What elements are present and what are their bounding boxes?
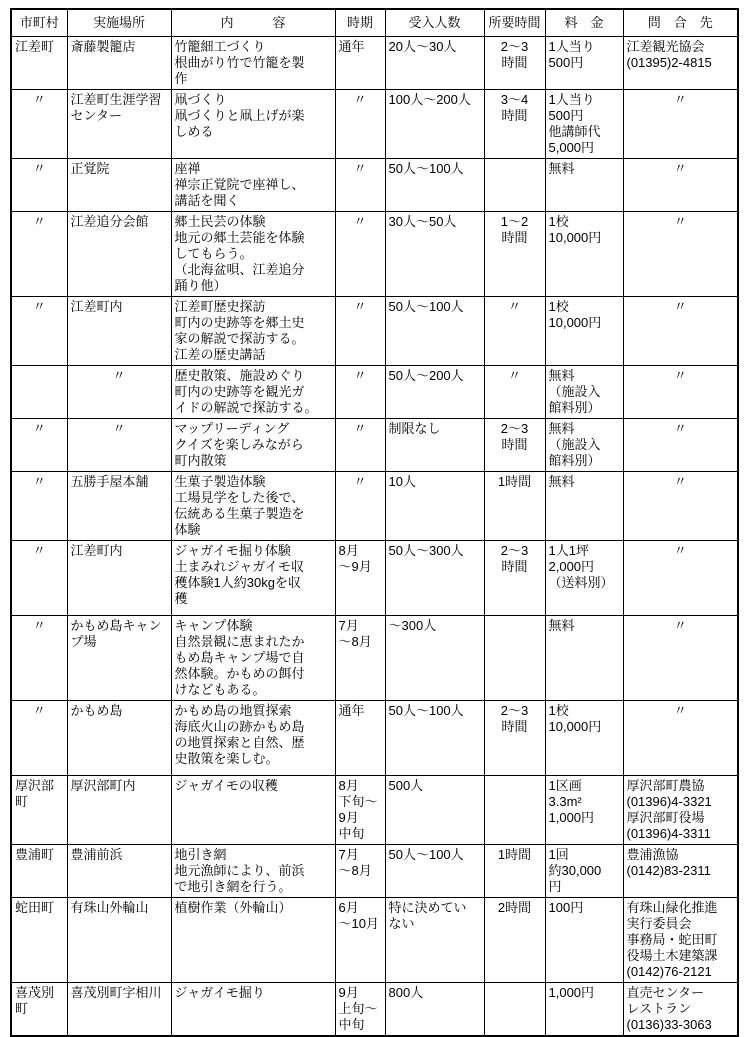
cell-contact: 〃 bbox=[623, 615, 738, 700]
table-row: 蛇田町 有珠山外輪山 植樹作業（外輪山） 6月 ～10月 特に決めてい ない 2… bbox=[11, 897, 738, 982]
cell-content: ジャガイモ掘り bbox=[171, 982, 335, 1036]
cell-place: 豊浦前浜 bbox=[67, 844, 171, 897]
cell-period: 〃 bbox=[335, 418, 385, 471]
cell-period: 通年 bbox=[335, 36, 385, 89]
cell-duration: 2～3 時間 bbox=[484, 36, 545, 89]
table-row: 〃 〃 マップリーディング クイズを楽しみながら 町内散策 〃 制限なし 2～3… bbox=[11, 418, 738, 471]
cell-duration: 2～3 時間 bbox=[484, 540, 545, 615]
cell-capacity: 500人 bbox=[385, 775, 484, 844]
header-fee: 料 金 bbox=[545, 9, 623, 36]
cell-period: 8月 下旬～ 9月 中旬 bbox=[335, 775, 385, 844]
cell-period: 〃 bbox=[335, 211, 385, 296]
cell-municipality: 蛇田町 bbox=[11, 897, 67, 982]
cell-capacity: 100人～200人 bbox=[385, 89, 484, 158]
cell-fee: 1回 約30,000 円 bbox=[545, 844, 623, 897]
cell-period: 〃 bbox=[335, 89, 385, 158]
cell-contact: 有珠山緑化推進 実行委員会 事務局・蛇田町 役場土木建築課 (0142)76-2… bbox=[623, 897, 738, 982]
cell-municipality: 厚沢部町 bbox=[11, 775, 67, 844]
cell-duration: 1時間 bbox=[484, 471, 545, 540]
cell-contact: 〃 bbox=[623, 158, 738, 211]
cell-duration: 〃 bbox=[484, 296, 545, 365]
cell-place: 厚沢部町内 bbox=[67, 775, 171, 844]
cell-contact: 〃 bbox=[623, 471, 738, 540]
cell-fee: 無料 （施設入 館料別） bbox=[545, 418, 623, 471]
cell-content: 植樹作業（外輪山） bbox=[171, 897, 335, 982]
cell-period: 6月 ～10月 bbox=[335, 897, 385, 982]
cell-contact: 〃 bbox=[623, 296, 738, 365]
cell-contact: 江差観光協会 (01395)2-4815 bbox=[623, 36, 738, 89]
cell-place: 〃 bbox=[67, 418, 171, 471]
cell-contact: 〃 bbox=[623, 540, 738, 615]
cell-fee: 1,000円 bbox=[545, 982, 623, 1036]
cell-contact: 〃 bbox=[623, 211, 738, 296]
cell-fee: 無料 bbox=[545, 158, 623, 211]
cell-capacity: ～300人 bbox=[385, 615, 484, 700]
cell-period: 〃 bbox=[335, 471, 385, 540]
cell-fee: 1人当り 500円 bbox=[545, 36, 623, 89]
cell-capacity: 20人～30人 bbox=[385, 36, 484, 89]
cell-period: 7月 ～8月 bbox=[335, 615, 385, 700]
table-row: 〃 江差町内 江差町歴史探訪 町内の史跡等を郷土史 家の解説で探訪する。 江差の… bbox=[11, 296, 738, 365]
cell-place: 江差追分会館 bbox=[67, 211, 171, 296]
cell-place: 江差町内 bbox=[67, 540, 171, 615]
cell-fee: 1人当り 500円 他講師代 5,000円 bbox=[545, 89, 623, 158]
cell-municipality: 〃 bbox=[11, 540, 67, 615]
cell-fee: 1校 10,000円 bbox=[545, 700, 623, 775]
cell-period: 〃 bbox=[335, 158, 385, 211]
cell-fee: 1人1坪 2,000円 （送料別） bbox=[545, 540, 623, 615]
cell-content: 江差町歴史探訪 町内の史跡等を郷土史 家の解説で探訪する。 江差の歴史講話 bbox=[171, 296, 335, 365]
table-row: 〃 正覚院 座禅 禅宗正覚院で座禅し、 講話を聞く 〃 50人～100人 無料 … bbox=[11, 158, 738, 211]
cell-content: キャンプ体験 自然景観に恵まれたか もめ島キャンプ場で自 然体験。かもめの餌付 … bbox=[171, 615, 335, 700]
cell-place: 喜茂別町字相川 bbox=[67, 982, 171, 1036]
program-table: 市町村 実施場所 内 容 時期 受入人数 所要時間 料 金 問 合 先 江差町 … bbox=[10, 8, 739, 1037]
cell-content: 生菓子製造体験 工場見学をした後で、 伝統ある生菓子製造を 体験 bbox=[171, 471, 335, 540]
cell-capacity: 制限なし bbox=[385, 418, 484, 471]
cell-contact: 豊浦漁協 (0142)83-2311 bbox=[623, 844, 738, 897]
cell-fee: 無料 bbox=[545, 471, 623, 540]
cell-capacity: 50人～100人 bbox=[385, 296, 484, 365]
header-capacity: 受入人数 bbox=[385, 9, 484, 36]
cell-content: かもめ島の地質探索 海底火山の跡かもめ島 の地質探索と自然、歴 史散策を楽しむ。 bbox=[171, 700, 335, 775]
table-row: 喜茂別町 喜茂別町字相川 ジャガイモ掘り 9月 上旬～ 中旬 800人 1,00… bbox=[11, 982, 738, 1036]
cell-municipality: 〃 bbox=[11, 89, 67, 158]
cell-fee: 無料 bbox=[545, 615, 623, 700]
table-row: 豊浦町 豊浦前浜 地引き網 地元漁師により、前浜 で地引き網を行う。 7月 ～8… bbox=[11, 844, 738, 897]
document-page: 市町村 実施場所 内 容 時期 受入人数 所要時間 料 金 問 合 先 江差町 … bbox=[0, 0, 745, 1007]
cell-municipality: 江差町 bbox=[11, 36, 67, 89]
cell-capacity: 50人～200人 bbox=[385, 365, 484, 418]
cell-period: 8月 ～9月 bbox=[335, 540, 385, 615]
header-duration: 所要時間 bbox=[484, 9, 545, 36]
cell-municipality: 喜茂別町 bbox=[11, 982, 67, 1036]
cell-duration: 3～4 時間 bbox=[484, 89, 545, 158]
cell-content: 郷土民芸の体験 地元の郷土芸能を体験 してもらう。 （北海盆唄、江差追分 踊り他… bbox=[171, 211, 335, 296]
cell-capacity: 50人～100人 bbox=[385, 700, 484, 775]
cell-capacity: 800人 bbox=[385, 982, 484, 1036]
cell-duration bbox=[484, 982, 545, 1036]
header-period: 時期 bbox=[335, 9, 385, 36]
header-municipality: 市町村 bbox=[11, 9, 67, 36]
table-row: 〃 五勝手屋本舗 生菓子製造体験 工場見学をした後で、 伝統ある生菓子製造を 体… bbox=[11, 471, 738, 540]
header-contact: 問 合 先 bbox=[623, 9, 738, 36]
cell-municipality: 〃 bbox=[11, 158, 67, 211]
cell-duration: 〃 bbox=[484, 365, 545, 418]
cell-municipality: 〃 bbox=[11, 700, 67, 775]
cell-contact: 厚沢部町農協 (01396)4-3321 厚沢部町役場 (01396)4-331… bbox=[623, 775, 738, 844]
cell-content: 竹籠細工づくり 根曲がり竹で竹籠を製 作 bbox=[171, 36, 335, 89]
header-place: 実施場所 bbox=[67, 9, 171, 36]
cell-contact: 〃 bbox=[623, 89, 738, 158]
cell-place: 〃 bbox=[67, 365, 171, 418]
cell-period: 〃 bbox=[335, 296, 385, 365]
cell-contact: 〃 bbox=[623, 700, 738, 775]
table-row: 厚沢部町 厚沢部町内 ジャガイモの収穫 8月 下旬～ 9月 中旬 500人 1区… bbox=[11, 775, 738, 844]
table-header-row: 市町村 実施場所 内 容 時期 受入人数 所要時間 料 金 問 合 先 bbox=[11, 9, 738, 36]
cell-place: かもめ島キャン プ場 bbox=[67, 615, 171, 700]
cell-content: ジャガイモ掘り体験 土まみれジャガイモ収 穫体験1人約30kgを収 穫 bbox=[171, 540, 335, 615]
cell-place: 江差町生涯学習 センター bbox=[67, 89, 171, 158]
cell-duration: 2～3 時間 bbox=[484, 418, 545, 471]
cell-capacity: 特に決めてい ない bbox=[385, 897, 484, 982]
cell-capacity: 10人 bbox=[385, 471, 484, 540]
cell-contact: 〃 bbox=[623, 418, 738, 471]
cell-duration: 2～3 時間 bbox=[484, 700, 545, 775]
cell-place: 正覚院 bbox=[67, 158, 171, 211]
cell-contact: 直売センター レストラン (0136)33-3063 bbox=[623, 982, 738, 1036]
cell-fee: 1校 10,000円 bbox=[545, 211, 623, 296]
cell-municipality: 豊浦町 bbox=[11, 844, 67, 897]
cell-fee: 1校 10,000円 bbox=[545, 296, 623, 365]
cell-place: 五勝手屋本舗 bbox=[67, 471, 171, 540]
cell-fee: 100円 bbox=[545, 897, 623, 982]
cell-municipality: 〃 bbox=[11, 211, 67, 296]
cell-place: かもめ島 bbox=[67, 700, 171, 775]
cell-place: 有珠山外輪山 bbox=[67, 897, 171, 982]
cell-content: マップリーディング クイズを楽しみながら 町内散策 bbox=[171, 418, 335, 471]
table-row: 〃 かもめ島 かもめ島の地質探索 海底火山の跡かもめ島 の地質探索と自然、歴 史… bbox=[11, 700, 738, 775]
cell-capacity: 50人～300人 bbox=[385, 540, 484, 615]
cell-duration bbox=[484, 615, 545, 700]
cell-content: 凧づくり 凧づくりと凧上げが楽 しめる bbox=[171, 89, 335, 158]
table-row: 〃 歴史散策、施設めぐり 町内の史跡等を観光ガ イドの解説で探訪する。 〃 50… bbox=[11, 365, 738, 418]
cell-period: 〃 bbox=[335, 365, 385, 418]
cell-duration: 1～2 時間 bbox=[484, 211, 545, 296]
cell-duration: 1時間 bbox=[484, 844, 545, 897]
header-content: 内 容 bbox=[171, 9, 335, 36]
table-row: 〃 江差町生涯学習 センター 凧づくり 凧づくりと凧上げが楽 しめる 〃 100… bbox=[11, 89, 738, 158]
cell-municipality: 〃 bbox=[11, 418, 67, 471]
cell-content: 歴史散策、施設めぐり 町内の史跡等を観光ガ イドの解説で探訪する。 bbox=[171, 365, 335, 418]
cell-content: 地引き網 地元漁師により、前浜 で地引き網を行う。 bbox=[171, 844, 335, 897]
cell-duration: 2時間 bbox=[484, 897, 545, 982]
cell-period: 通年 bbox=[335, 700, 385, 775]
cell-content: ジャガイモの収穫 bbox=[171, 775, 335, 844]
cell-place: 斎藤製籠店 bbox=[67, 36, 171, 89]
cell-place: 江差町内 bbox=[67, 296, 171, 365]
cell-capacity: 30人～50人 bbox=[385, 211, 484, 296]
cell-municipality: 〃 bbox=[11, 296, 67, 365]
table-row: 〃 江差追分会館 郷土民芸の体験 地元の郷土芸能を体験 してもらう。 （北海盆唄… bbox=[11, 211, 738, 296]
cell-contact: 〃 bbox=[623, 365, 738, 418]
cell-period: 7月 ～8月 bbox=[335, 844, 385, 897]
cell-municipality bbox=[11, 365, 67, 418]
cell-duration bbox=[484, 158, 545, 211]
cell-municipality: 〃 bbox=[11, 615, 67, 700]
cell-fee: 無料 （施設入 館料別） bbox=[545, 365, 623, 418]
cell-fee: 1区画 3.3m² 1,000円 bbox=[545, 775, 623, 844]
table-row: 〃 かもめ島キャン プ場 キャンプ体験 自然景観に恵まれたか もめ島キャンプ場で… bbox=[11, 615, 738, 700]
cell-content: 座禅 禅宗正覚院で座禅し、 講話を聞く bbox=[171, 158, 335, 211]
cell-period: 9月 上旬～ 中旬 bbox=[335, 982, 385, 1036]
cell-capacity: 50人～100人 bbox=[385, 158, 484, 211]
cell-duration bbox=[484, 775, 545, 844]
table-row: 〃 江差町内 ジャガイモ掘り体験 土まみれジャガイモ収 穫体験1人約30kgを収… bbox=[11, 540, 738, 615]
table-row: 江差町 斎藤製籠店 竹籠細工づくり 根曲がり竹で竹籠を製 作 通年 20人～30… bbox=[11, 36, 738, 89]
cell-capacity: 50人～100人 bbox=[385, 844, 484, 897]
cell-municipality: 〃 bbox=[11, 471, 67, 540]
